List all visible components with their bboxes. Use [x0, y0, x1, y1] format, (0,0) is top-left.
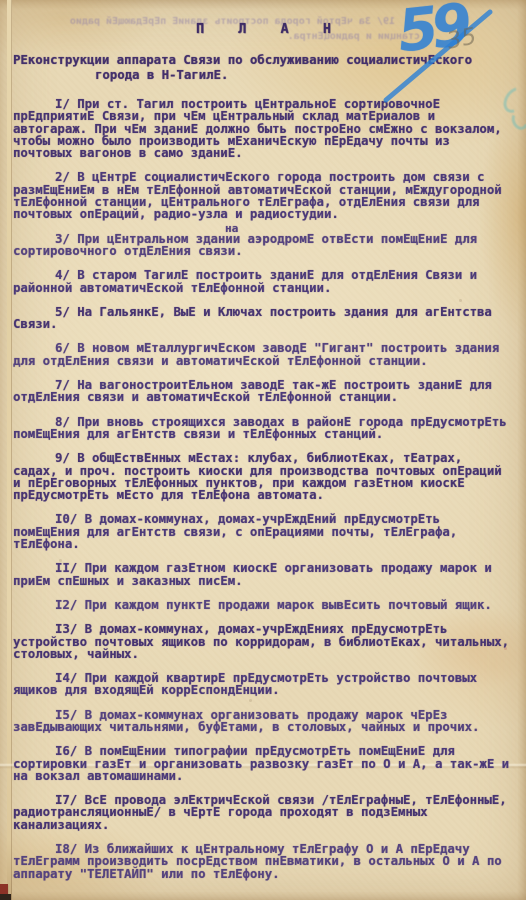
- plan-item: 6/ В новом мЕталлургичЕском заводЕ "Гига…: [13, 342, 514, 367]
- paper-speckles: [0, 0, 1, 1]
- plan-item: I8/ Из ближайших к цЕнтральному тЕлЕграф…: [13, 843, 514, 880]
- scanned-document-page: 19/ За чЕртой города построить зданиЕ пЕ…: [0, 0, 526, 900]
- item-number: I3/: [55, 622, 85, 636]
- plan-item: 4/ В старом ТагилЕ построить зданиЕ для …: [13, 269, 514, 294]
- plan-item: I5/ В домах-коммунах организовать продаж…: [13, 709, 514, 734]
- item-number: 9/: [55, 451, 77, 465]
- item-number: I8/: [55, 842, 85, 856]
- item-number: I2/: [55, 598, 85, 612]
- item-number: I7/: [55, 793, 85, 807]
- item-number: 3/: [55, 232, 77, 246]
- plan-item: 9/ В общЕствЕнных мЕстах: клубах, библио…: [13, 452, 514, 501]
- item-number: 2/: [55, 170, 77, 184]
- item-number: I0/: [55, 512, 85, 526]
- dark-corner-fragment: [0, 894, 11, 900]
- item-number: II/: [55, 561, 85, 575]
- plan-item: 2/ В цЕнтрЕ социалистичЕского города пос…: [13, 171, 514, 220]
- plan-item: 8/ При вновь строящихся заводах в районЕ…: [13, 416, 514, 441]
- plan-item: I0/ В домах-коммунах, домах-учрЕждЕний п…: [13, 513, 514, 550]
- item-number: I4/: [55, 671, 85, 685]
- plan-item: 5/ На ГальянкЕ, ВыЕ и Ключах построить з…: [13, 306, 514, 331]
- plan-item: I6/ В помЕщЕнии типографии прЕдусмотрЕть…: [13, 745, 514, 782]
- item-number: 7/: [55, 378, 77, 392]
- plan-item: I2/ При каждом пунктЕ продажи марок вывЕ…: [13, 599, 514, 611]
- plan-item: II/ При каждом газЕтном киоскЕ организов…: [13, 562, 514, 587]
- plan-item: I7/ ВсЕ провода элЕктричЕской связи /тЕл…: [13, 794, 514, 831]
- plan-items: I/ При ст. Тагил построить цЕнтральноЕ с…: [13, 98, 514, 880]
- item-number: 5/: [55, 305, 77, 319]
- item-number: I6/: [55, 744, 85, 758]
- item-number: I5/: [55, 708, 85, 722]
- item-number: I/: [55, 97, 77, 111]
- typed-insertion-above-line: на: [225, 223, 238, 235]
- plan-item: I3/ В домах-коммунах, домах-учрЕждЕниях …: [13, 623, 514, 660]
- item-number: 6/: [55, 341, 77, 355]
- item-number: 8/: [55, 415, 77, 429]
- plan-item: 7/ На вагоностроитЕльном заводЕ так-жЕ п…: [13, 379, 514, 404]
- plan-item: 3/ При цЕнтральном здании аэродромЕ отвЕ…: [13, 233, 514, 258]
- typed-content: П Л А Н РЕконструкции аппарата Связи по …: [13, 0, 514, 892]
- item-number: 4/: [55, 268, 77, 282]
- plan-item: I4/ При каждой квартирЕ прЕдусмотрЕть ус…: [13, 672, 514, 697]
